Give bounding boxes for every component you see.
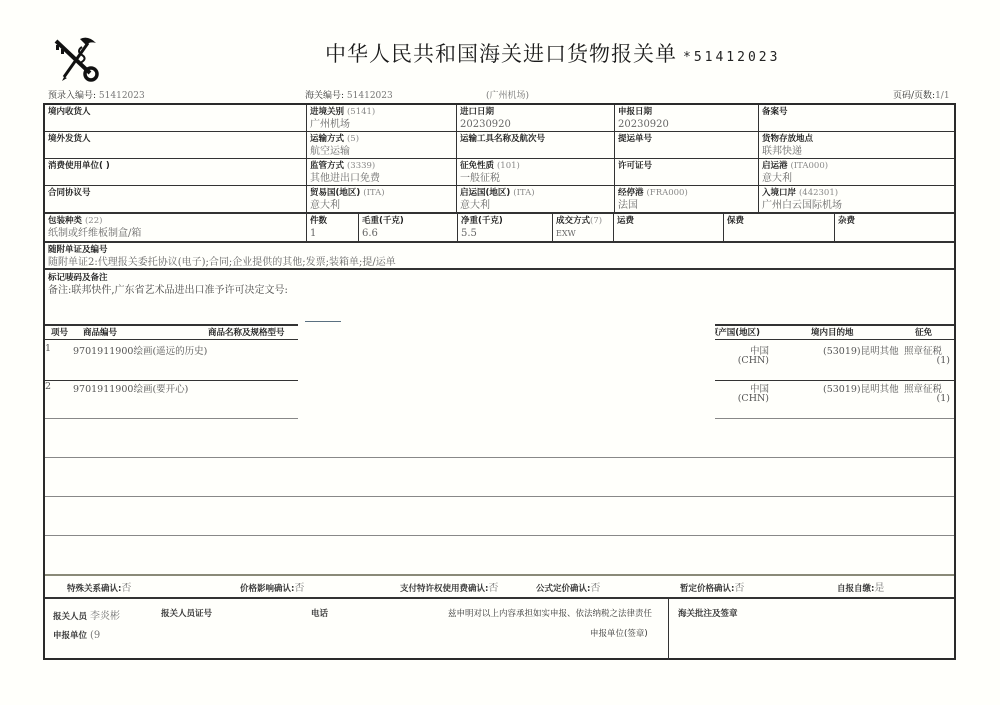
entry-port-cell: 进境关别 (5141)广州机场: [307, 105, 457, 132]
gross-weight-cell: 毛重(千克) 6.6: [359, 214, 458, 242]
remarks: 标记唛码及备注 备注:联邦快件,广东省艺术品进出口准予许可决定文号:: [45, 271, 954, 325]
port-note: (广州机场): [486, 88, 529, 101]
confirmation-item: 自报自缴:是: [837, 579, 884, 594]
attached-documents: 随附单证及编号 随附单证2:代理报关委托协议(电子);合同;企业提供的其他;发票…: [45, 243, 954, 270]
header-origin: 原产国(地区): [715, 326, 760, 338]
header-item-no: 项号: [51, 326, 68, 338]
underline-mark: [305, 321, 341, 322]
declarant-id-label: 报关人员证号: [161, 607, 212, 619]
confirmation-item: 暂定价格确认:否: [680, 579, 744, 594]
freight-cell: 运费: [614, 214, 724, 242]
customs-approval-label: 海关批注及签章: [678, 607, 738, 619]
levy-nature-cell: 征免性质 (101)一般征税: [457, 159, 615, 186]
barcode-number: *51412023: [683, 50, 780, 65]
header-destination: 境内目的地: [811, 326, 854, 338]
confirmation-item: 特殊关系确认:否: [67, 579, 131, 594]
supervision-mode-cell: 监管方式 (3339)其他进出口免费: [307, 159, 457, 186]
bill-of-lading-cell: 提运单号: [615, 132, 759, 159]
phone-label: 电话: [311, 607, 328, 619]
page-count: 页码/页数:1/1: [893, 88, 950, 101]
declaring-unit: 申报单位 (9: [53, 629, 100, 641]
consumer-unit-cell: 消费使用单位( ): [45, 159, 307, 186]
customs-emblem-icon: [50, 33, 100, 83]
departure-port-cell: 启运港 (ITA000)意大利: [759, 159, 954, 186]
pieces-cell: 件数 1: [307, 214, 359, 242]
trade-country-cell: 贸易国(地区) (ITA)意大利: [307, 186, 457, 213]
preentry-number: 预录入编号: 51412023: [48, 88, 145, 101]
customs-number: 海关编号: 51412023: [305, 88, 393, 101]
declarant: 报关人员 李炎彬: [53, 607, 120, 622]
legal-statement: 兹申明对以上内容承担如实申报、依法纳税之法律责任: [448, 607, 652, 619]
packing-type-cell: 包装种类 (22) 纸制或纤维板制盒/箱: [45, 214, 307, 242]
vessel-voyage-cell: 运输工具名称及航次号: [457, 132, 615, 159]
license-no-cell: 许可证号: [615, 159, 759, 186]
contract-no-cell: 合同协议号: [45, 186, 307, 213]
import-date-cell: 进口日期 20230920: [457, 105, 615, 132]
confirmation-item: 价格影响确认:否: [240, 579, 304, 594]
confirmation-item: 公式定价确认:否: [536, 579, 600, 594]
transport-mode-cell: 运输方式 (5)航空运输: [307, 132, 457, 159]
domestic-consignee-cell: 境内收货人: [45, 105, 307, 132]
origin-country-cell: 启运国(地区) (ITA)意大利: [457, 186, 615, 213]
header-hs-code: 商品编号: [83, 326, 117, 338]
declaration-form: 境内收货人 进境关别 (5141)广州机场进口日期 20230920申报日期 2…: [43, 103, 956, 660]
unit-seal-label: 申报单位(签章): [590, 627, 648, 639]
entry-port-code-cell: 入境口岸 (442301)广州白云国际机场: [759, 186, 954, 213]
record-no-cell: 备案号: [759, 105, 954, 132]
trade-terms-cell: 成交方式(7) EXW: [553, 214, 614, 242]
misc-fee-cell: 杂费: [835, 214, 954, 242]
declare-date-cell: 申报日期 20230920: [615, 105, 759, 132]
header-name-spec: 商品名称及规格型号: [208, 326, 285, 338]
storage-location-cell: 货物存放地点 联邦快递: [759, 132, 954, 159]
header-levy: 征免: [915, 326, 932, 338]
net-weight-cell: 净重(千克) 5.5: [458, 214, 553, 242]
form-title: 中华人民共和国海关进口货物报关单: [325, 38, 677, 68]
insurance-cell: 保费: [724, 214, 835, 242]
overseas-consignor-cell: 境外发货人: [45, 132, 307, 159]
confirmation-item: 支付特许权使用费确认:否: [400, 579, 498, 594]
transit-port-cell: 经停港 (FRA000)法国: [615, 186, 759, 213]
